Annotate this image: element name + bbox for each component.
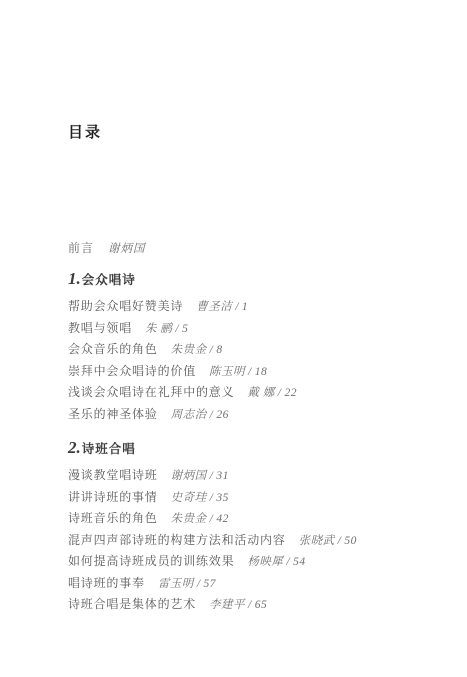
- section-title: 会众唱诗: [82, 270, 136, 288]
- entry-page-separator: /: [210, 470, 214, 482]
- entry-title: 诗班音乐的角色: [68, 511, 158, 525]
- toc-entry: 诗班合唱是集体的艺术李建平/65: [68, 594, 431, 616]
- entry-title: 圣乐的神圣体验: [68, 407, 158, 421]
- entry-page-number: 35: [216, 492, 229, 504]
- entry-page-number: 65: [255, 599, 268, 611]
- entry-title: 讲讲诗班的事情: [68, 490, 158, 504]
- entry-page-number: 18: [255, 366, 268, 378]
- section-number: 1.: [68, 269, 81, 289]
- entry-page-number: 57: [204, 578, 217, 590]
- entry-title: 教唱与领唱: [68, 321, 132, 335]
- entry-title: 诗班合唱是集体的艺术: [68, 597, 196, 611]
- entry-author: 曹圣洁: [196, 301, 232, 313]
- section-heading: 1.会众唱诗: [68, 269, 431, 289]
- entry-title: 唱诗班的事奉: [68, 576, 145, 590]
- toc-entry: 讲讲诗班的事情史奇珪/35: [68, 487, 431, 509]
- entry-page-number: 1: [242, 301, 248, 313]
- toc-page: 目录 前言谢炳国 1.会众唱诗 帮助会众唱好赞美诗曹圣洁/1 教唱与领唱朱 鹂/…: [0, 0, 467, 677]
- entry-page-separator: /: [210, 344, 214, 356]
- entry-page-number: 31: [216, 470, 229, 482]
- toc-entry: 崇拜中会众唱诗的价值陈玉明/18: [68, 361, 431, 383]
- toc-section: 2.诗班合唱 漫谈教堂唱诗班谢炳国/31 讲讲诗班的事情史奇珪/35 诗班音乐的…: [68, 438, 431, 616]
- toc-entry: 如何提高诗班成员的训练效果杨映犀/54: [68, 551, 431, 573]
- entry-page-separator: /: [197, 578, 201, 590]
- entry-title: 漫谈教堂唱诗班: [68, 468, 158, 482]
- toc-section: 1.会众唱诗 帮助会众唱好赞美诗曹圣洁/1 教唱与领唱朱 鹂/5 会众音乐的角色…: [68, 269, 431, 425]
- entry-author: 戴 娜: [247, 387, 274, 399]
- section-entries: 帮助会众唱好赞美诗曹圣洁/1 教唱与领唱朱 鹂/5 会众音乐的角色朱贵金/8 崇…: [68, 296, 431, 425]
- entry-page-separator: /: [210, 409, 214, 421]
- toc-entry: 浅谈会众唱诗在礼拜中的意义戴 娜/22: [68, 382, 431, 404]
- entry-author: 朱贵金: [171, 513, 207, 525]
- entry-title: 混声四声部诗班的构建方法和活动内容: [68, 533, 286, 547]
- entry-page-separator: /: [235, 301, 239, 313]
- entry-page-separator: /: [175, 323, 179, 335]
- entry-page-separator: /: [248, 366, 252, 378]
- toc-entry: 唱诗班的事奉雷玉明/57: [68, 573, 431, 595]
- entry-page-separator: /: [278, 387, 282, 399]
- section-title: 诗班合唱: [82, 439, 136, 457]
- entry-title: 浅谈会众唱诗在礼拜中的意义: [68, 385, 234, 399]
- entry-author: 朱 鹂: [145, 323, 172, 335]
- toc-entry: 漫谈教堂唱诗班谢炳国/31: [68, 465, 431, 487]
- entry-title: 崇拜中会众唱诗的价值: [68, 364, 196, 378]
- entry-author: 雷玉明: [158, 578, 194, 590]
- entry-title: 帮助会众唱好赞美诗: [68, 299, 183, 313]
- toc-sections: 1.会众唱诗 帮助会众唱好赞美诗曹圣洁/1 教唱与领唱朱 鹂/5 会众音乐的角色…: [68, 269, 431, 616]
- entry-author: 朱贵金: [171, 344, 207, 356]
- entry-page-separator: /: [210, 492, 214, 504]
- toc-entry: 会众音乐的角色朱贵金/8: [68, 339, 431, 361]
- preface-author: 谢炳国: [108, 243, 146, 255]
- entry-page-number: 8: [216, 344, 222, 356]
- section-number: 2.: [68, 438, 81, 458]
- toc-entry: 教唱与领唱朱 鹂/5: [68, 318, 431, 340]
- entry-page-number: 42: [216, 513, 229, 525]
- entry-author: 周志治: [171, 409, 207, 421]
- preface-line: 前言谢炳国: [68, 239, 431, 256]
- entry-page-number: 5: [182, 323, 188, 335]
- toc-entry: 帮助会众唱好赞美诗曹圣洁/1: [68, 296, 431, 318]
- entry-page-separator: /: [338, 535, 342, 547]
- entry-page-separator: /: [248, 599, 252, 611]
- entry-author: 陈玉明: [209, 366, 245, 378]
- entry-author: 李建平: [209, 599, 245, 611]
- section-entries: 漫谈教堂唱诗班谢炳国/31 讲讲诗班的事情史奇珪/35 诗班音乐的角色朱贵金/4…: [68, 465, 431, 616]
- entry-author: 史奇珪: [171, 492, 207, 504]
- entry-title: 会众音乐的角色: [68, 342, 158, 356]
- toc-entry: 混声四声部诗班的构建方法和活动内容张晓武/50: [68, 530, 431, 552]
- section-heading: 2.诗班合唱: [68, 438, 431, 458]
- page-title: 目录: [68, 121, 431, 142]
- entry-author: 谢炳国: [171, 470, 207, 482]
- toc-entry: 诗班音乐的角色朱贵金/42: [68, 508, 431, 530]
- entry-author: 张晓武: [299, 535, 335, 547]
- entry-page-number: 50: [344, 535, 357, 547]
- entry-page-separator: /: [210, 513, 214, 525]
- entry-page-separator: /: [286, 556, 290, 568]
- toc-entry: 圣乐的神圣体验周志治/26: [68, 404, 431, 426]
- preface-label: 前言: [68, 241, 94, 255]
- entry-page-number: 22: [284, 387, 297, 399]
- entry-author: 杨映犀: [247, 556, 283, 568]
- entry-page-number: 54: [293, 556, 306, 568]
- entry-page-number: 26: [216, 409, 229, 421]
- entry-title: 如何提高诗班成员的训练效果: [68, 554, 234, 568]
